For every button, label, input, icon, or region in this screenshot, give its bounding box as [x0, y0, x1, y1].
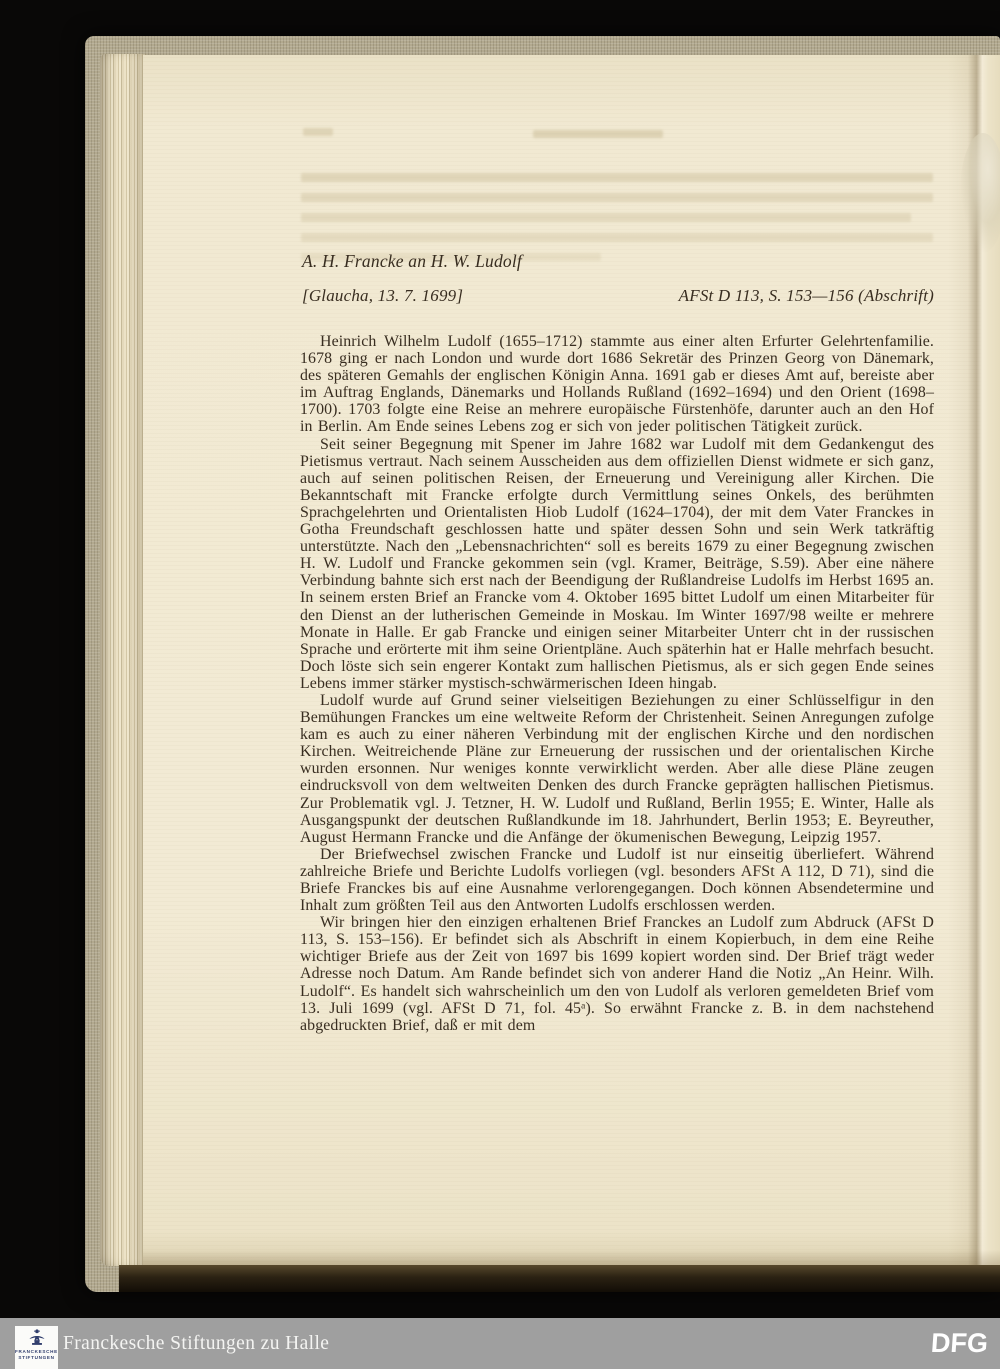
- book-page: A. H. Francke an H. W. Ludolf [Glaucha, …: [143, 55, 1000, 1266]
- bleedthrough-text-line: [301, 233, 933, 242]
- page-edges-stack: [100, 54, 146, 1266]
- bleedthrough-text-line: [301, 173, 933, 182]
- franckesche-stiftungen-logo: FRANCKESCHE STIFTUNGEN: [15, 1326, 58, 1369]
- dfg-logo: DFG: [929, 1318, 990, 1369]
- bleedthrough-text-line: [533, 130, 663, 138]
- logo-caption-line-2: STIFTUNGEN: [18, 1355, 54, 1360]
- page-bottom-shadow: [143, 1250, 1000, 1266]
- page-edges-shading: [100, 54, 146, 1266]
- institution-name: Franckesche Stiftungen zu Halle: [63, 1318, 329, 1369]
- paragraph: Heinrich Wilhelm Ludolf (1655–1712) stam…: [300, 333, 934, 436]
- scanned-book-viewer: A. H. Francke an H. W. Ludolf [Glaucha, …: [0, 0, 1000, 1369]
- letter-introduction: A. H. Francke an H. W. Ludolf [Glaucha, …: [300, 251, 934, 1034]
- paragraph: Ludolf wurde auf Grund seiner vielseitig…: [300, 692, 934, 846]
- paragraph: Seit seiner Begegnung mit Spener im Jahr…: [300, 436, 934, 692]
- paragraph: Wir bringen hier den einzigen erhaltenen…: [300, 914, 934, 1034]
- archive-reference: AFSt D 113, S. 153—156 (Abschrift): [679, 286, 934, 306]
- gutter-highlight: [960, 133, 1000, 253]
- introduction-text: Heinrich Wilhelm Ludolf (1655–1712) stam…: [300, 333, 934, 1034]
- eagle-and-sun-icon: [27, 1328, 47, 1348]
- book-photo: A. H. Francke an H. W. Ludolf [Glaucha, …: [85, 36, 1000, 1292]
- letter-title: A. H. Francke an H. W. Ludolf: [302, 251, 934, 272]
- paragraph: Der Briefwechsel zwischen Francke und Lu…: [300, 846, 934, 914]
- bleedthrough-text-line: [301, 193, 933, 202]
- bleedthrough-text-line: [301, 213, 911, 222]
- viewer-footer-bar: FRANCKESCHE STIFTUNGEN Franckesche Stift…: [0, 1318, 1000, 1369]
- book-bottom-edge: [119, 1265, 1000, 1292]
- bleedthrough-text-line: [303, 128, 333, 136]
- logo-caption-line-1: FRANCKESCHE: [15, 1349, 58, 1354]
- letter-place-date: [Glaucha, 13. 7. 1699]: [302, 286, 463, 306]
- letter-subheader: [Glaucha, 13. 7. 1699] AFSt D 113, S. 15…: [302, 286, 934, 306]
